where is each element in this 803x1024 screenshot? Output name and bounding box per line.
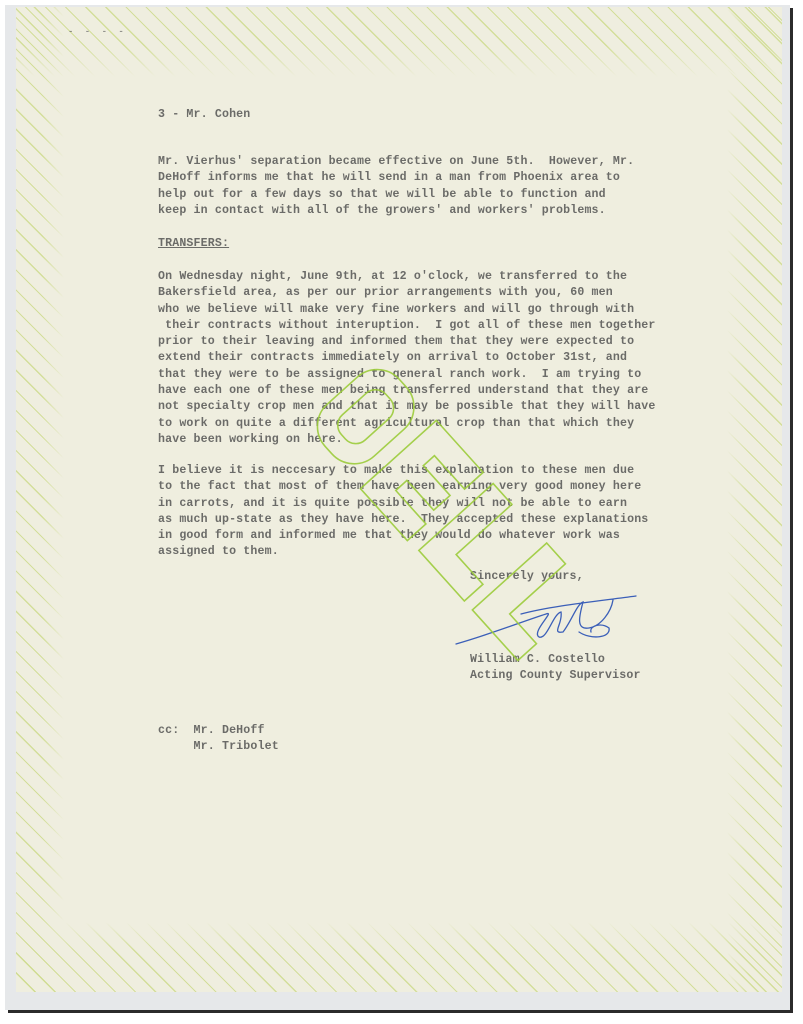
- closing: Sincerely yours,: [470, 569, 584, 585]
- hatch-border-top: [16, 7, 782, 77]
- hatch-border-bottom: [16, 922, 782, 992]
- paragraph-explanation: I believe it is neccesary to make this e…: [158, 463, 648, 561]
- paragraph-transfers: On Wednesday night, June 9th, at 12 o'cl…: [158, 269, 656, 448]
- hatch-border-right: [727, 7, 782, 992]
- page-header: 3 - Mr. Cohen: [158, 107, 250, 123]
- cc-list: cc: Mr. DeHoff Mr. Tribolet: [158, 723, 279, 756]
- handwritten-signature: [451, 592, 641, 652]
- hatch-border-left: [16, 7, 64, 992]
- top-marks: - - - -: [68, 27, 127, 37]
- document-page: - - - - 3 - Mr. Cohen Mr. Vierhus' separ…: [16, 7, 782, 992]
- signer-title: Acting County Supervisor: [470, 668, 641, 684]
- paragraph-separation: Mr. Vierhus' separation became effective…: [158, 154, 634, 219]
- section-heading-transfers: TRANSFERS:: [158, 236, 229, 252]
- signer-name: William C. Costello: [470, 652, 605, 668]
